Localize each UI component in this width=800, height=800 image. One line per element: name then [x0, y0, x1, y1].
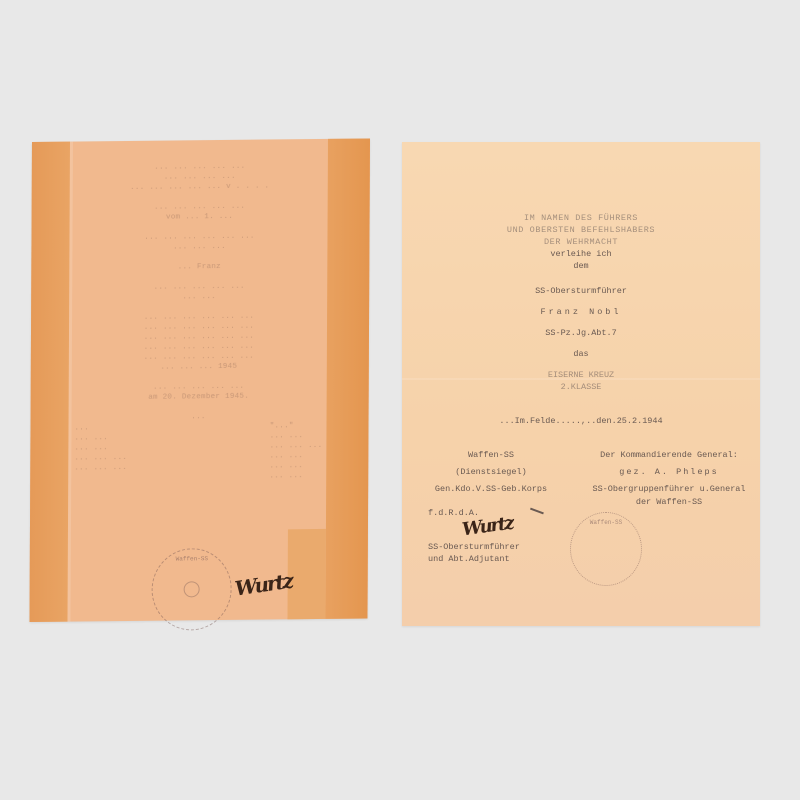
adjutant-line-3: und Abt.Adjutant: [428, 553, 520, 565]
award-name-2: 2.KLASSE: [402, 381, 760, 393]
left-document-text: ... ... ... ... ...... ... ... ...... ..…: [70, 161, 328, 484]
issuer-line-1: Waffen-SS: [416, 449, 566, 462]
official-stamp-icon: Waffen-SS: [151, 548, 231, 631]
recipient-name: Franz Nobl: [402, 306, 760, 318]
tape-patch: [287, 529, 325, 619]
heading-line-1: IM NAMEN DES FÜHRERS: [402, 212, 760, 224]
right-document: IM NAMEN DES FÜHRERS UND OBERSTEN BEFEHL…: [402, 142, 760, 626]
signature: Wurtz: [233, 568, 293, 600]
faded-signature-columns: ... ... ... ... ... ... ... ... ... ... …: [70, 421, 326, 484]
faded-column: ... ... ... ... ... ... ... ... ... ... …: [74, 423, 127, 484]
general-line-2: gez. A. Phleps: [574, 466, 764, 479]
heading-line-3: DER WEHRMACHT: [402, 236, 760, 248]
award-name-1: EISERNE KREUZ: [402, 369, 760, 381]
article: das: [402, 348, 760, 360]
recipient-unit: SS-Pz.Jg.Abt.7: [402, 327, 760, 339]
certificate-text: IM NAMEN DES FÜHRERS UND OBERSTEN BEFEHL…: [402, 212, 760, 427]
issuer-line-2: (Dienstsiegel): [416, 466, 566, 479]
tape-strip-right: [325, 138, 370, 618]
general-line-3: SS-Obergruppenführer u.General: [574, 483, 764, 496]
commanding-general: Der Kommandierende General: gez. A. Phle…: [574, 449, 764, 509]
heading-line-2: UND OBERSTEN BEFEHLSHABERS: [402, 224, 760, 236]
award-intro-2: dem: [402, 260, 760, 272]
adjutant-line-2: SS-Obersturmführer: [428, 541, 520, 553]
stamp-label: Waffen-SS: [571, 519, 641, 526]
signature-flourish: [530, 508, 544, 514]
general-line-4: der Waffen-SS: [574, 496, 764, 509]
left-document: ... ... ... ... ...... ... ... ...... ..…: [29, 138, 370, 622]
tape-strip-left: [29, 142, 70, 622]
recipient-rank: SS-Obersturmführer: [402, 285, 760, 297]
official-stamp-icon: Waffen-SS: [570, 512, 642, 586]
stamp-emblem: [184, 581, 200, 597]
place-date: ...Im.Felde.....,..den.25.2.1944: [402, 415, 760, 427]
stamp-label: Waffen-SS: [153, 555, 231, 563]
general-line-1: Der Kommandierende General:: [574, 449, 764, 462]
issuer-line-3: Gen.Kdo.V.SS-Geb.Korps: [416, 483, 566, 496]
issuing-office: Waffen-SS (Dienstsiegel) Gen.Kdo.V.SS-Ge…: [416, 449, 566, 496]
faded-column: "..." ... ... ... ... ... ... ... ... ..…: [269, 421, 322, 482]
award-intro-1: verleihe ich: [402, 248, 760, 260]
